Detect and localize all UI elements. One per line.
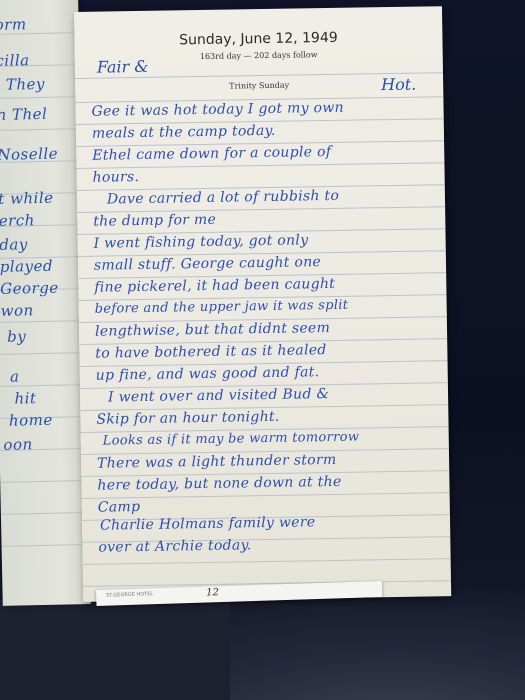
left-page-fragment: erch xyxy=(0,211,35,230)
left-page-fragment: t while xyxy=(0,189,54,208)
entry-line: small stuff. George caught one xyxy=(94,254,321,274)
entry-line: Camp xyxy=(98,499,141,516)
diary-date: Sunday, June 12, 1949 xyxy=(74,28,442,50)
entry-line: fine pickerel, it had been caught xyxy=(94,276,335,296)
entry-line: hours. xyxy=(92,169,139,186)
entry-line: Looks as if it may be warm tomorrow xyxy=(103,430,360,449)
left-page-fragment: orm xyxy=(0,15,27,34)
rule-line xyxy=(0,352,86,355)
dark-fabric-shadow xyxy=(0,600,230,700)
left-page-fragment: home xyxy=(9,411,53,430)
entry-line: Dave carried a lot of rubbish to xyxy=(107,188,339,208)
rule-line xyxy=(0,96,80,99)
entry-line: Ethel came down for a couple of xyxy=(92,144,331,164)
entry-line: over at Archie today. xyxy=(98,537,251,555)
rule-line xyxy=(0,320,85,323)
weather-note-left: Fair & xyxy=(97,57,149,77)
entry-line: meals at the camp today. xyxy=(92,123,276,142)
rule-line xyxy=(0,128,81,131)
entry-line: here today, but none down at the xyxy=(97,474,341,494)
rule-line xyxy=(82,492,450,499)
left-page-fragment: Noselle xyxy=(0,145,58,164)
entry-line: before and the upper jaw it was split xyxy=(95,298,349,317)
left-page-fragment: oon xyxy=(3,435,33,454)
left-page-fragment: a xyxy=(10,367,20,385)
rule-line xyxy=(76,162,444,169)
entry-line: the dump for me xyxy=(93,212,216,230)
left-page-fragment: day xyxy=(0,235,28,254)
weather-note-right: Hot. xyxy=(381,75,416,95)
left-page-fragment: n Thel xyxy=(0,105,47,124)
entry-line: Skip for an hour tonight. xyxy=(96,409,279,428)
entry-line: Gee it was hot today I got my own xyxy=(91,100,344,120)
entry-line: I went fishing today, got only xyxy=(94,232,309,251)
right-diary-page: Sunday, June 12, 1949 163rd day — 202 da… xyxy=(74,6,451,602)
rule-line xyxy=(1,512,89,515)
slip-printed-text: ST.GEORGE HOTEL xyxy=(106,591,153,598)
left-page-fragment: cilla xyxy=(0,51,30,70)
slip-handwritten-mark: 12 xyxy=(206,587,219,598)
rule-line xyxy=(83,558,451,565)
left-page-fragment: played xyxy=(0,257,53,276)
left-page-fragment: They xyxy=(6,75,45,94)
entry-line: to have bothered it as it healed xyxy=(95,342,327,362)
rule-line xyxy=(2,544,90,547)
entry-line: There was a light thunder storm xyxy=(97,452,337,472)
rule-line xyxy=(77,206,445,213)
left-page-fragment: by xyxy=(7,327,26,345)
photo-scene: orm cilla They n Thel Noselle t while er… xyxy=(0,0,525,700)
rule-line xyxy=(0,480,88,483)
entry-line: I went over and visited Bud & xyxy=(108,386,329,405)
entry-line: lengthwise, but that didnt seem xyxy=(95,320,330,340)
left-page-fragment: hit xyxy=(14,389,36,407)
entry-line: Charlie Holmans family were xyxy=(100,514,316,533)
left-page-fragment: won xyxy=(0,301,33,320)
entry-line: up fine, and was good and fat. xyxy=(96,364,320,384)
left-page-fragment: George xyxy=(0,279,59,298)
